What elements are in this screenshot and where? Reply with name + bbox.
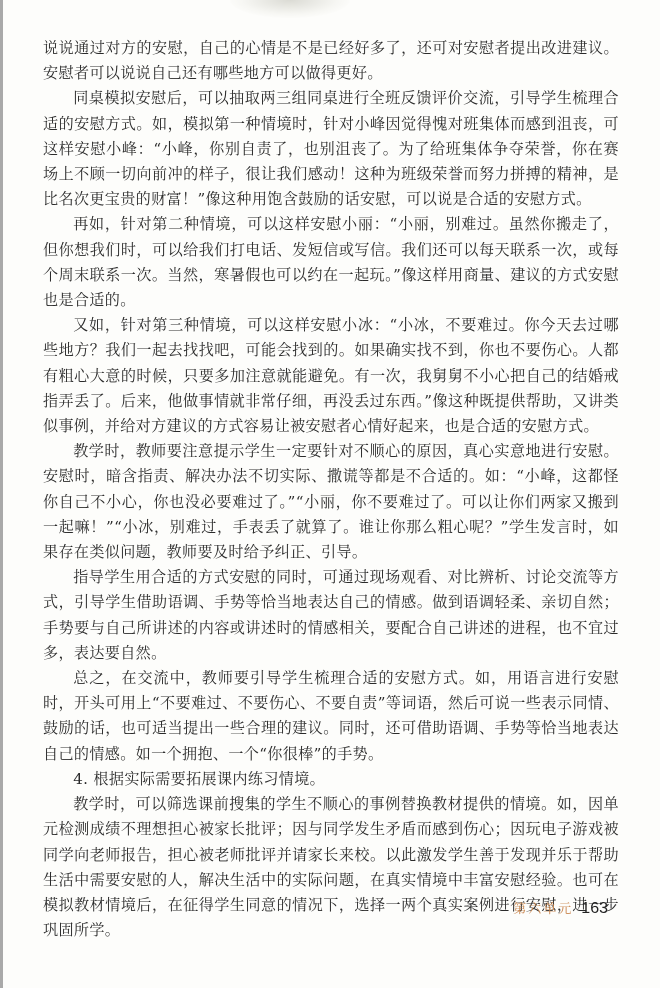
page-edge xyxy=(0,0,3,988)
scan-shadow xyxy=(230,0,350,18)
page-body: 说说通过对方的安慰，自己的心情是不是已经好多了，还可对安慰者提出改进建议。安慰者… xyxy=(43,36,619,943)
unit-label: 第六单元 xyxy=(513,898,573,917)
paragraph-3: 再如，针对第二种情境，可以这样安慰小丽：“小丽，别难过。虽然你搬走了，但你想我们… xyxy=(43,212,619,313)
paragraph-5: 教学时，教师要注意提示学生一定要针对不顺心的原因，真心实意地进行安慰。安慰时，暗… xyxy=(43,439,619,565)
paragraph-8: 教学时，可以筛选课前搜集的学生不顺心的事例替换教材提供的情境。如，因单元检测成绩… xyxy=(43,792,619,943)
page-footer: 第六单元 163 xyxy=(513,898,608,918)
section-heading-4: 4. 根据实际需要拓展课内练习情境。 xyxy=(43,767,619,792)
paragraph-4: 又如，针对第三种情境，可以这样安慰小冰：“小冰，不要难过。你今天去过哪些地方？我… xyxy=(43,313,619,439)
paragraph-2: 同桌模拟安慰后，可以抽取两三组同桌进行全班反馈评价交流，引导学生梳理合适的安慰方… xyxy=(43,86,619,212)
paragraph-1: 说说通过对方的安慰，自己的心情是不是已经好多了，还可对安慰者提出改进建议。安慰者… xyxy=(43,36,619,86)
paragraph-6: 指导学生用合适的方式安慰的同时，可通过现场观看、对比辨析、讨论交流等方式，引导学… xyxy=(43,565,619,666)
paragraph-7: 总之，在交流中，教师要引导学生梳理合适的安慰方式。如，用语言进行安慰时，开头可用… xyxy=(43,666,619,767)
page-number: 163 xyxy=(581,900,608,918)
